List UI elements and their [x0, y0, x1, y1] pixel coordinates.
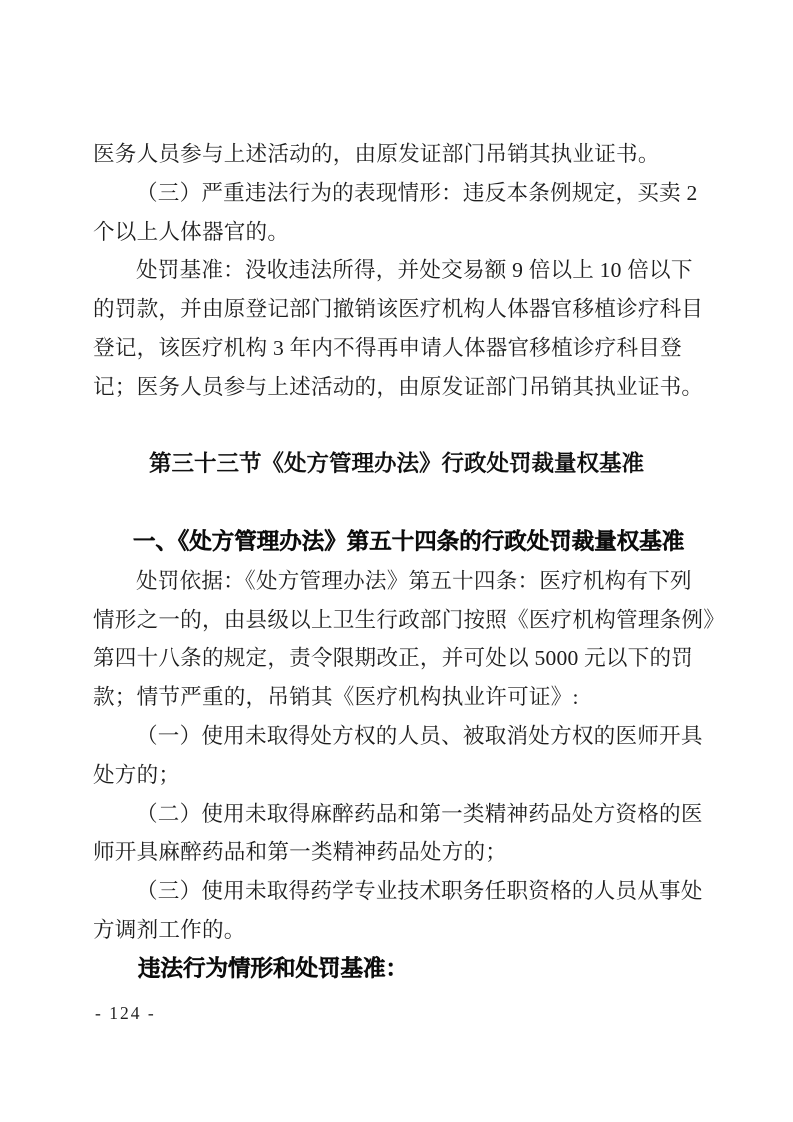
body-text-line: 方调剂工作的。 [93, 911, 700, 950]
body-text-line: 情形之一的，由县级以上卫生行政部门按照《医疗机构管理条例》 [93, 601, 700, 640]
body-text-line: 款；情节严重的，吊销其《医疗机构执业许可证》: [93, 678, 700, 717]
body-text-line: 医务人员参与上述活动的，由原发证部门吊销其执业证书。 [93, 135, 700, 174]
body-text-line: 登记，该医疗机构 3 年内不得再申请人体器官移植诊疗科目登 [93, 329, 700, 368]
body-text-line: 的罚款，并由原登记部门撤销该医疗机构人体器官移植诊疗科目 [93, 290, 700, 329]
body-text-line: 师开具麻醉药品和第一类精神药品处方的； [93, 833, 700, 872]
body-text-line: （二）使用未取得麻醉药品和第一类精神药品处方资格的医 [93, 795, 700, 834]
body-text-line: 个以上人体器官的。 [93, 213, 700, 252]
document-page: 医务人员参与上述活动的，由原发证部门吊销其执业证书。 （三）严重违法行为的表现情… [0, 0, 793, 1122]
body-text-line: 处方的； [93, 756, 700, 795]
body-text-line: 处罚依据：《处方管理办法》第五十四条：医疗机构有下列 [93, 562, 700, 601]
section-heading: 第三十三节《处方管理办法》行政处罚裁量权基准 [93, 445, 700, 484]
body-text-line: 处罚基准：没收违法所得，并处交易额 9 倍以上 10 倍以下 [93, 251, 700, 290]
body-text-line: （三）严重违法行为的表现情形：违反本条例规定，买卖 2 [93, 174, 700, 213]
body-text-line: 第四十八条的规定，责令限期改正，并可处以 5000 元以下的罚 [93, 639, 700, 678]
bold-lead-heading: 违法行为情形和处罚基准： [93, 950, 700, 989]
page-number: - 124 - [95, 1003, 156, 1024]
body-text-line: （三）使用未取得药学专业技术职务任职资格的人员从事处 [93, 872, 700, 911]
subsection-heading: 一、《处方管理办法》第五十四条的行政处罚裁量权基准 [93, 523, 700, 562]
body-text-line: 记；医务人员参与上述活动的，由原发证部门吊销其执业证书。 [93, 368, 700, 407]
body-text-line: （一）使用未取得处方权的人员、被取消处方权的医师开具 [93, 717, 700, 756]
